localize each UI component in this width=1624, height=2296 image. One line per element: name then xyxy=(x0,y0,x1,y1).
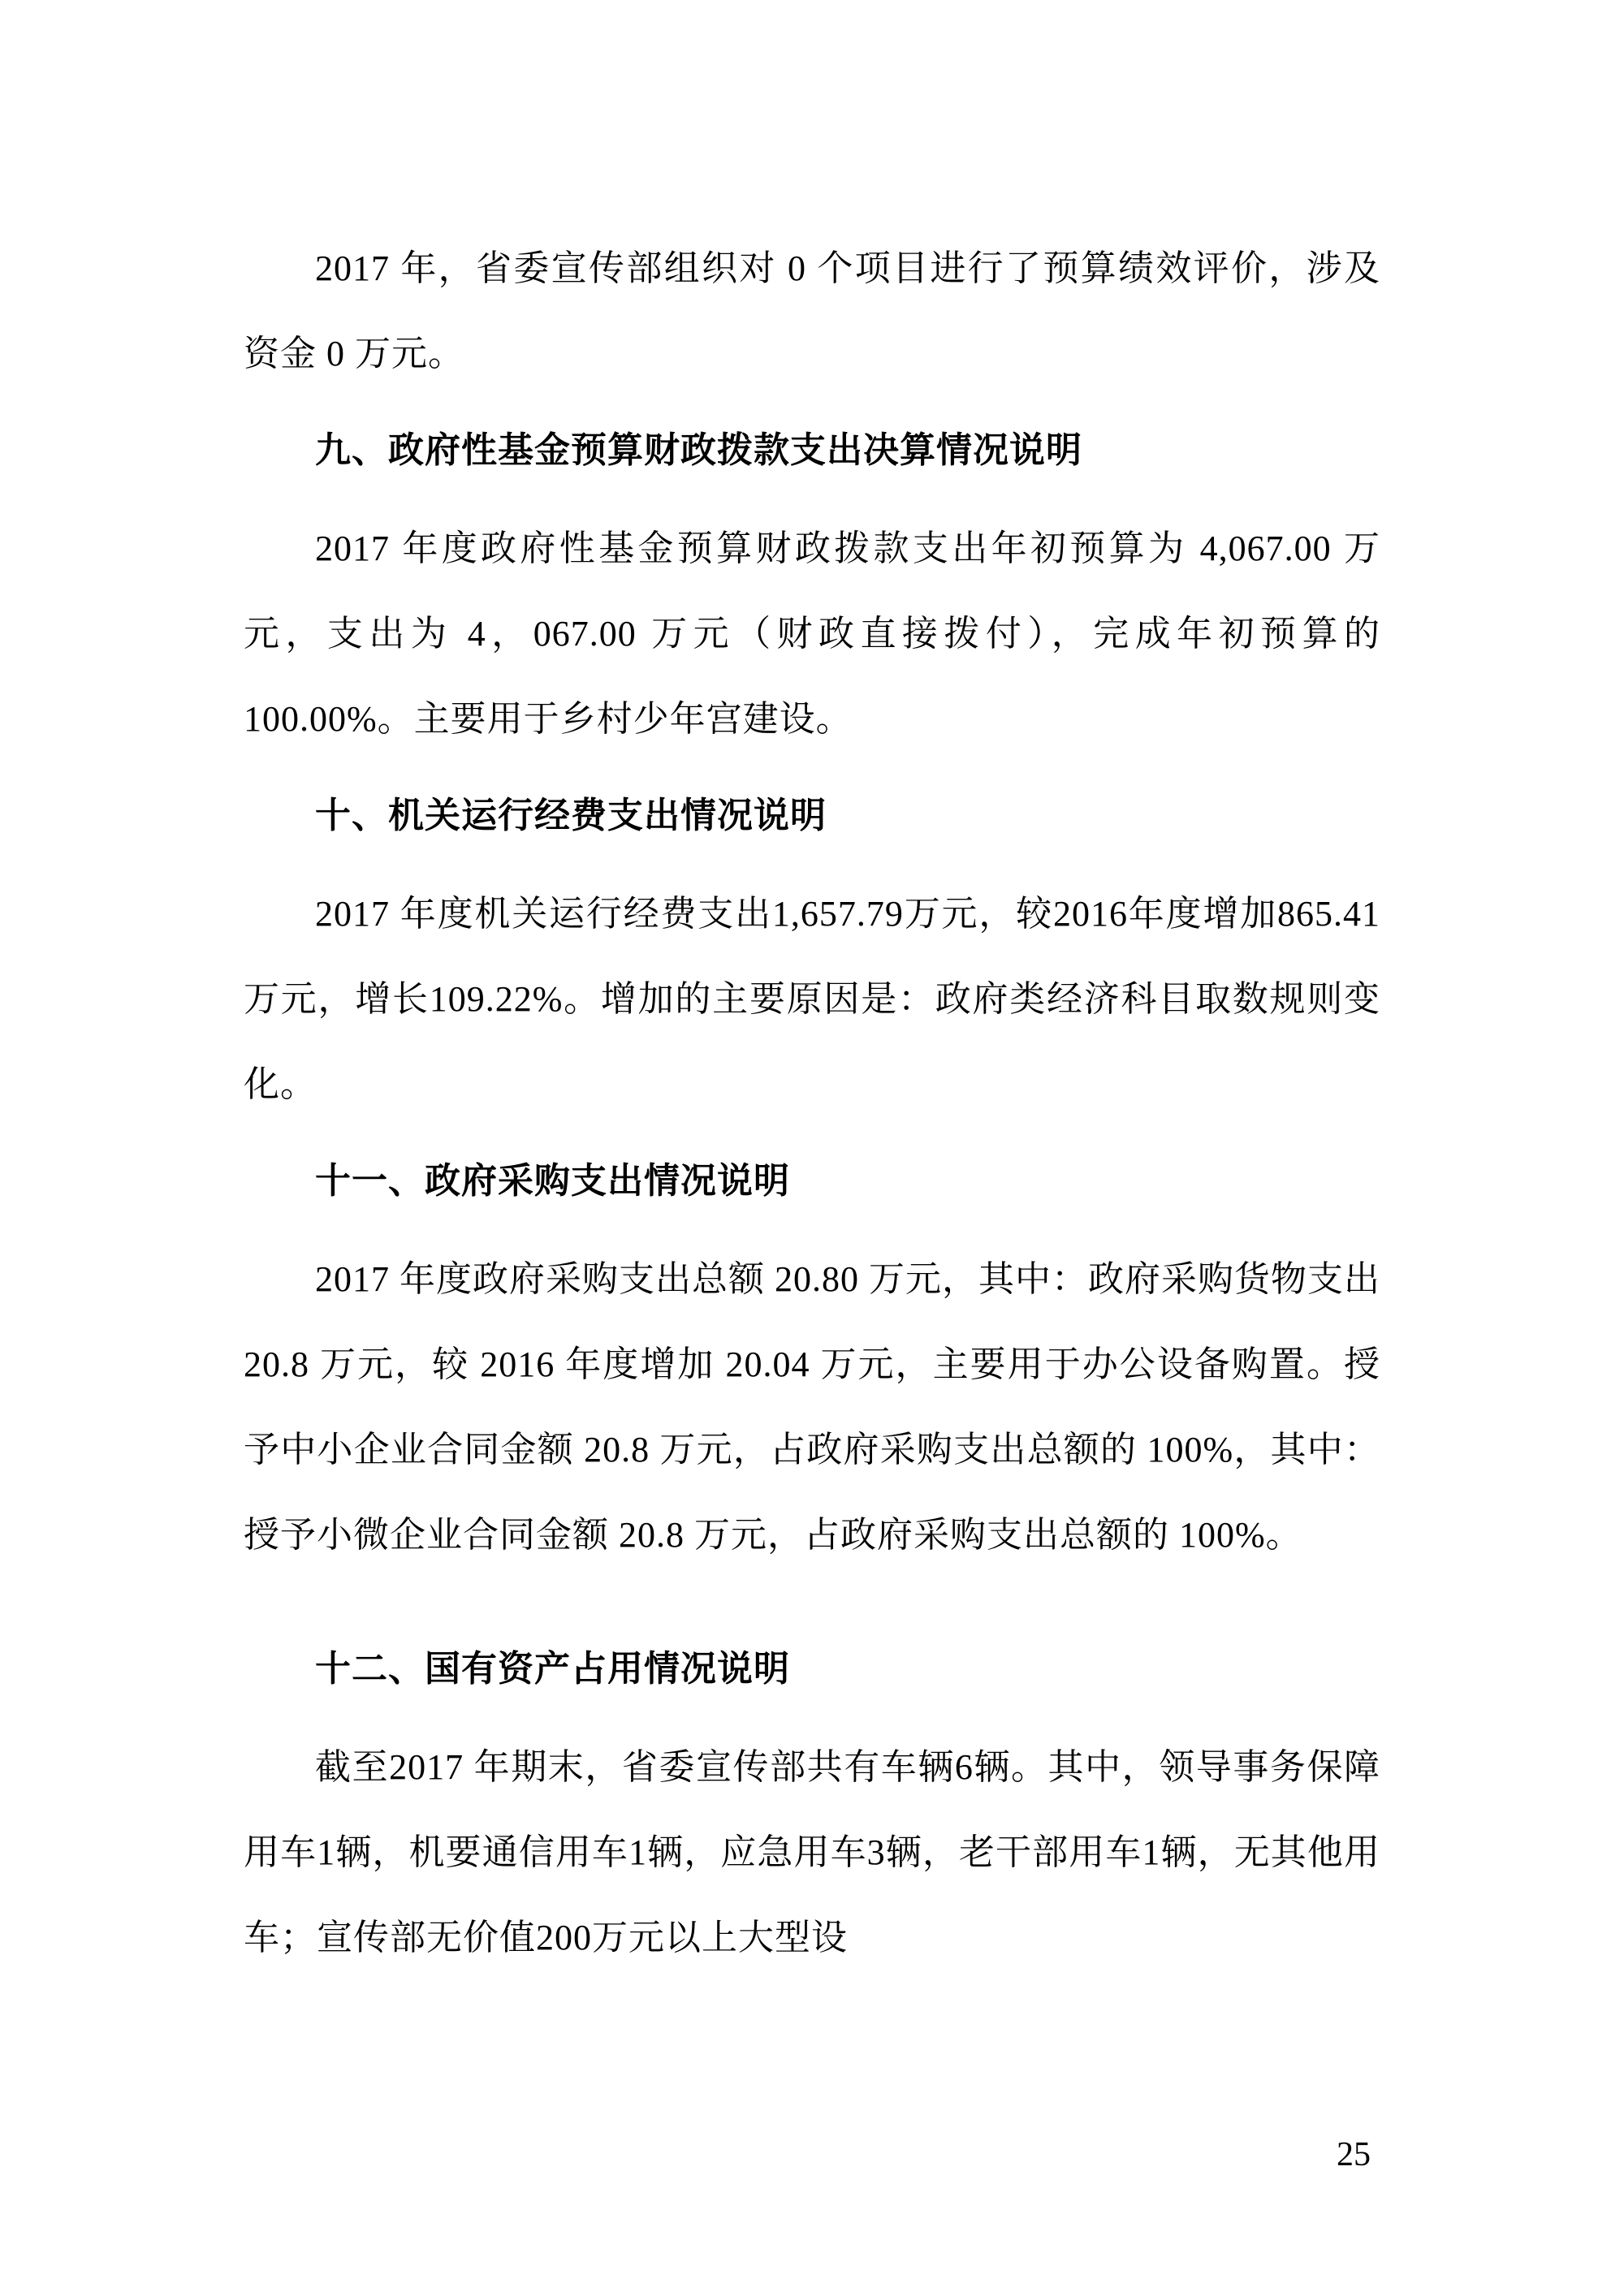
page-content: 2017 年，省委宣传部组织对 0 个项目进行了预算绩效评价，涉及资金 0 万元… xyxy=(244,226,1380,1980)
intro-paragraph: 2017 年，省委宣传部组织对 0 个项目进行了预算绩效评价，涉及资金 0 万元… xyxy=(244,226,1380,396)
section-9-paragraph: 2017 年度政府性基金预算财政拨款支出年初预算为 4,067.00 万元，支出… xyxy=(244,506,1380,762)
document-page: 2017 年，省委宣传部组织对 0 个项目进行了预算绩效评价，涉及资金 0 万元… xyxy=(0,0,1624,2296)
section-10-paragraph: 2017 年度机关运行经费支出1,657.79万元，较2016年度增加865.4… xyxy=(244,871,1380,1127)
section-heading-10: 十、机关运行经费支出情况说明 xyxy=(244,773,1380,858)
section-heading-11: 十一、政府采购支出情况说明 xyxy=(244,1138,1380,1224)
section-12-paragraph: 截至2017 年期末，省委宣传部共有车辆6辆。其中，领导事务保障用车1辆，机要通… xyxy=(244,1724,1380,1980)
section-11-paragraph: 2017 年度政府采购支出总额 20.80 万元，其中：政府采购货物支出 20.… xyxy=(244,1236,1380,1577)
section-heading-12: 十二、国有资产占用情况说明 xyxy=(244,1626,1380,1711)
page-number: 25 xyxy=(1337,2135,1371,2174)
section-heading-9: 九、政府性基金预算财政拨款支出决算情况说明 xyxy=(244,408,1380,493)
